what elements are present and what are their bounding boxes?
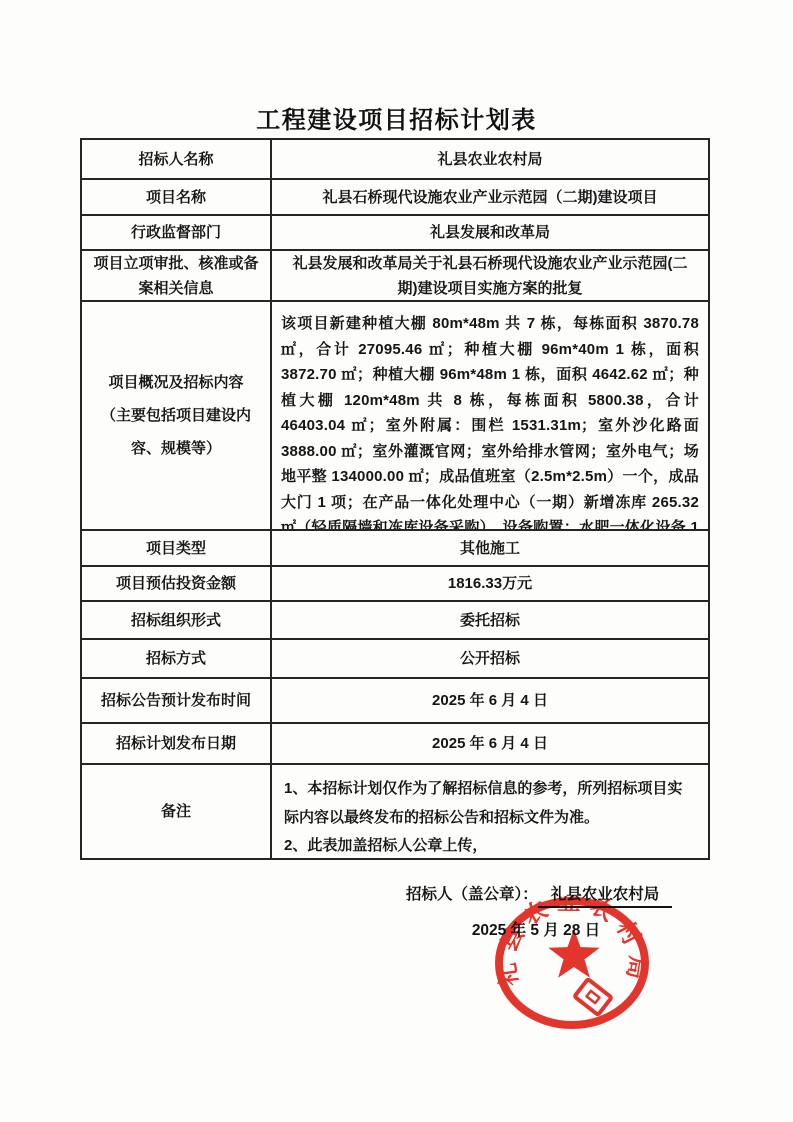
table-row-project-name: 项目名称 礼县石桥现代设施农业产业示范园（二期)建设项目: [82, 180, 708, 216]
remark-line-2: 2、此表加盖招标人公章上传，: [284, 832, 696, 858]
row-value: 礼县石桥现代设施农业产业示范园（二期)建设项目: [272, 180, 708, 214]
stamp-seal-mark: [574, 979, 611, 1015]
row-value: 礼县发展和改革局关于礼县石桥现代设施农业产业示范园(二期)建设项目实施方案的批复: [272, 251, 708, 300]
row-label: 项目名称: [82, 180, 272, 214]
row-label: 项目立项审批、核准或备案相关信息: [82, 251, 272, 300]
row-value: 礼县农业农村局: [272, 140, 708, 178]
row-value: 该项目新建种植大棚 80m*48m 共 7 栋，每栋面积 3870.78 ㎡，合…: [272, 302, 708, 529]
row-value: 2025 年 6 月 4 日: [272, 679, 708, 722]
row-label: 招标人名称: [82, 140, 272, 178]
table-row-project-overview: 项目概况及招标内容（主要包括项目建设内容、规模等） 该项目新建种植大棚 80m*…: [82, 302, 708, 531]
table-row-estimated-investment: 项目预估投资金额 1816.33万元: [82, 567, 708, 602]
table-row-remarks: 备注 1、本招标计划仅作为了解招标信息的参考，所列招标项目实际内容以最终发布的招…: [82, 765, 708, 858]
row-label: 招标方式: [82, 640, 272, 677]
page-title: 工程建设项目招标计划表: [0, 100, 793, 135]
row-label: 招标公告预计发布时间: [82, 679, 272, 722]
table-row-approval-info: 项目立项审批、核准或备案相关信息 礼县发展和改革局关于礼县石桥现代设施农业产业示…: [82, 251, 708, 302]
row-value: 礼县发展和改革局: [272, 216, 708, 249]
row-label: 项目类型: [82, 531, 272, 565]
row-label: 项目预估投资金额: [82, 567, 272, 600]
tender-plan-table: 招标人名称 礼县农业农村局 项目名称 礼县石桥现代设施农业产业示范园（二期)建设…: [80, 138, 710, 860]
row-value: 其他施工: [272, 531, 708, 565]
table-row-bidding-method: 招标方式 公开招标: [82, 640, 708, 679]
document-page: 工程建设项目招标计划表 招标人名称 礼县农业农村局 项目名称 礼县石桥现代设施农…: [0, 0, 793, 1122]
row-value: 1、本招标计划仅作为了解招标信息的参考，所列招标项目实际内容以最终发布的招标公告…: [272, 765, 708, 858]
row-value: 1816.33万元: [272, 567, 708, 600]
table-row-bidder-name: 招标人名称 礼县农业农村局: [82, 140, 708, 180]
row-label: 行政监督部门: [82, 216, 272, 249]
row-label: 招标计划发布日期: [82, 724, 272, 763]
remark-line-1: 1、本招标计划仅作为了解招标信息的参考，所列招标项目实际内容以最终发布的招标公告…: [284, 775, 696, 832]
row-value: 委托招标: [272, 602, 708, 638]
row-value: 公开招标: [272, 640, 708, 677]
table-row-plan-publish-date: 招标计划发布日期 2025 年 6 月 4 日: [82, 724, 708, 765]
table-row-announcement-date: 招标公告预计发布时间 2025 年 6 月 4 日: [82, 679, 708, 724]
row-label: 项目概况及招标内容（主要包括项目建设内容、规模等）: [82, 302, 272, 529]
row-label: 备注: [82, 765, 272, 858]
table-row-project-type: 项目类型 其他施工: [82, 531, 708, 567]
stamp-star-icon: [548, 929, 599, 978]
row-label: 招标组织形式: [82, 602, 272, 638]
table-row-organization-form: 招标组织形式 委托招标: [82, 602, 708, 640]
table-row-supervising-department: 行政监督部门 礼县发展和改革局: [82, 216, 708, 251]
official-stamp: 礼县农业农村局: [492, 896, 654, 1034]
row-value: 2025 年 6 月 4 日: [272, 724, 708, 763]
